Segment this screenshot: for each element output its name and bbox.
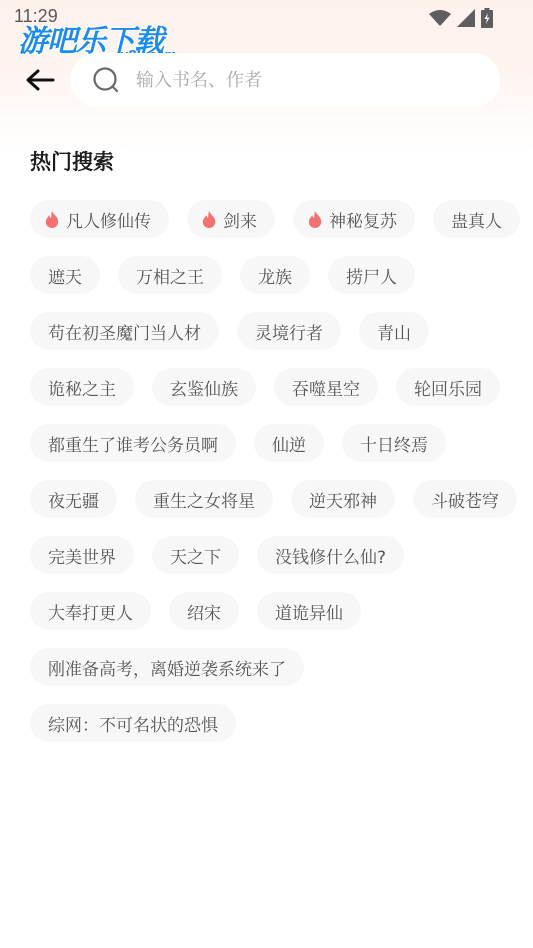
hot-search-tag-label: 蛊真人 xyxy=(451,207,502,232)
hot-search-tag-label: 神秘复苏 xyxy=(329,207,397,232)
hot-search-tag[interactable]: 神秘复苏 xyxy=(293,200,415,238)
hot-search-tag[interactable]: 逆天邪神 xyxy=(291,480,395,518)
hot-search-tag[interactable]: 刚准备高考，离婚逆袭系统来了 xyxy=(30,648,304,686)
hot-search-tag[interactable]: 天之下 xyxy=(152,536,239,574)
hot-search-tag[interactable]: 玄鉴仙族 xyxy=(152,368,256,406)
hot-search-tag-label: 十日终焉 xyxy=(360,431,428,456)
flame-icon xyxy=(45,211,59,228)
hot-search-tag[interactable]: 青山 xyxy=(359,312,429,350)
hot-search-tag[interactable]: 蛊真人 xyxy=(433,200,520,238)
hot-search-title: 热门搜索 xyxy=(30,146,114,176)
hot-search-tag-label: 都重生了谁考公务员啊 xyxy=(48,431,218,456)
hot-search-tag-label: 凡人修仙传 xyxy=(66,207,151,232)
hot-search-tag[interactable]: 都重生了谁考公务员啊 xyxy=(30,424,236,462)
hot-search-tag-label: 诡秘之主 xyxy=(48,375,116,400)
hot-search-tag[interactable]: 十日终焉 xyxy=(342,424,446,462)
hot-search-tag-label: 仙逆 xyxy=(272,431,306,456)
hot-search-tag[interactable]: 万相之王 xyxy=(118,256,222,294)
hot-search-tag-label: 重生之女将星 xyxy=(153,487,255,512)
hot-search-tag-label: 青山 xyxy=(377,319,411,344)
wifi-icon xyxy=(429,10,451,26)
flame-icon xyxy=(308,211,322,228)
hot-search-tag-label: 大奉打更人 xyxy=(48,599,133,624)
hot-search-tag[interactable]: 综网：不可名状的恐惧 xyxy=(30,704,236,742)
hot-search-tag[interactable]: 捞尸人 xyxy=(328,256,415,294)
arrow-left-icon xyxy=(25,69,55,91)
hot-search-tag[interactable]: 没钱修什么仙? xyxy=(257,536,404,574)
hot-search-tag[interactable]: 遮天 xyxy=(30,256,100,294)
hot-search-tag[interactable]: 仙逆 xyxy=(254,424,324,462)
hot-search-tag-label: 逆天邪神 xyxy=(309,487,377,512)
hot-search-tag-label: 捞尸人 xyxy=(346,263,397,288)
hot-search-tag[interactable]: 凡人修仙传 xyxy=(30,200,169,238)
hot-search-tag[interactable]: 苟在初圣魔门当人材 xyxy=(30,312,219,350)
hot-search-tag-label: 剑来 xyxy=(223,207,257,232)
flame-icon xyxy=(202,211,216,228)
hot-search-tag-label: 玄鉴仙族 xyxy=(170,375,238,400)
hot-search-tag-label: 遮天 xyxy=(48,263,82,288)
search-header xyxy=(0,53,533,107)
hot-search-tag[interactable]: 重生之女将星 xyxy=(135,480,273,518)
hot-search-tag-label: 完美世界 xyxy=(48,543,116,568)
hot-search-tags: 凡人修仙传剑来神秘复苏蛊真人遮天万相之王龙族捞尸人苟在初圣魔门当人材灵境行者青山… xyxy=(30,200,520,742)
hot-search-tag-label: 苟在初圣魔门当人材 xyxy=(48,319,201,344)
hot-search-tag[interactable]: 吞噬星空 xyxy=(274,368,378,406)
signal-icon xyxy=(457,9,475,27)
hot-search-tag-label: 轮回乐园 xyxy=(414,375,482,400)
status-bar: 11:29 xyxy=(0,0,533,34)
hot-search-tag-label: 龙族 xyxy=(258,263,292,288)
hot-search-tag[interactable]: 大奉打更人 xyxy=(30,592,151,630)
hot-search-tag[interactable]: 绍宋 xyxy=(169,592,239,630)
hot-search-tag-label: 夜无疆 xyxy=(48,487,99,512)
hot-search-tag-label: 灵境行者 xyxy=(255,319,323,344)
status-icons xyxy=(429,8,493,28)
hot-search-tag[interactable]: 道诡异仙 xyxy=(257,592,361,630)
hot-search-tag[interactable]: 夜无疆 xyxy=(30,480,117,518)
hot-search-tag[interactable]: 剑来 xyxy=(187,200,275,238)
hot-search-tag-label: 综网：不可名状的恐惧 xyxy=(48,711,218,736)
hot-search-tag[interactable]: 灵境行者 xyxy=(237,312,341,350)
hot-search-tag-label: 道诡异仙 xyxy=(275,599,343,624)
hot-search-tag-label: 天之下 xyxy=(170,543,221,568)
hot-search-tag-label: 万相之王 xyxy=(136,263,204,288)
hot-search-tag-label: 吞噬星空 xyxy=(292,375,360,400)
hot-search-tag[interactable]: 斗破苍穹 xyxy=(413,480,517,518)
back-button[interactable] xyxy=(22,65,58,95)
hot-search-tag[interactable]: 完美世界 xyxy=(30,536,134,574)
status-time: 11:29 xyxy=(14,6,58,27)
hot-search-tag-label: 绍宋 xyxy=(187,599,221,624)
hot-search-tag-label: 刚准备高考，离婚逆袭系统来了 xyxy=(48,655,286,680)
search-icon xyxy=(92,66,120,94)
search-input[interactable] xyxy=(134,69,478,92)
hot-search-tag-label: 没钱修什么仙? xyxy=(275,543,386,568)
hot-search-tag[interactable]: 龙族 xyxy=(240,256,310,294)
hot-search-tag[interactable]: 轮回乐园 xyxy=(396,368,500,406)
search-box[interactable] xyxy=(70,53,500,107)
hot-search-tag-label: 斗破苍穹 xyxy=(431,487,499,512)
battery-charging-icon xyxy=(481,8,493,28)
hot-search-tag[interactable]: 诡秘之主 xyxy=(30,368,134,406)
